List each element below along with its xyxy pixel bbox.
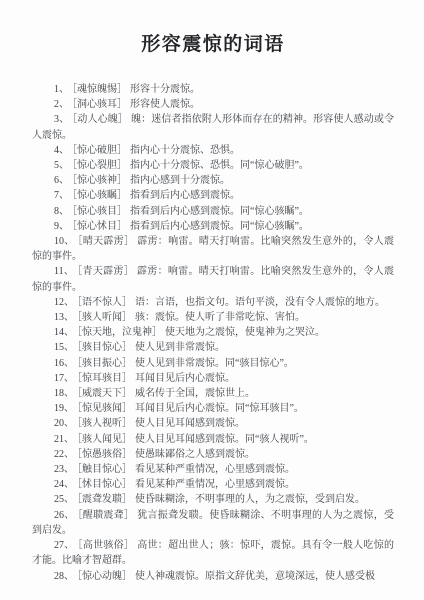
entry-definition: 看见某种严重情况，心里感到震惊。: [135, 479, 295, 490]
entry-number-separator: 、: [59, 84, 69, 95]
entry-term-group: ［惊愚骇俗］: [77, 449, 132, 460]
list-item: 19、［惊见骇闻］耳闻目见后内心震惊。同“惊耳骇目”。: [32, 401, 394, 416]
entry-number-separator: 、: [59, 175, 69, 186]
entry-term-group: ［骇目惊心］: [77, 342, 132, 353]
entry-term-group: ［惊心骇瞩］: [72, 190, 127, 201]
entry-term-group: ［青天霹雳］: [77, 266, 134, 277]
bracket-close: ］: [122, 464, 132, 475]
entry-number-separator: 、: [59, 114, 69, 125]
entry-number-separator: 、: [64, 449, 74, 460]
entry-term-group: ［骇人视听］: [77, 418, 132, 429]
entry-definition: 指看到后内心感到震惊。同“惊心骇瞩”。: [130, 206, 309, 217]
entry-term-group: ［惊耳骇目］: [77, 373, 132, 384]
entry-term-group: ［怵目惊心］: [77, 479, 132, 490]
bracket-close: ］: [122, 388, 132, 399]
bracket-close: ］: [117, 206, 127, 217]
list-item: 7、［惊心骇瞩］指看到后内心感到震惊。: [32, 188, 394, 203]
entry-number-separator: 、: [64, 342, 74, 353]
list-item: 10、［晴天霹雳］霹雳：响雷。晴天打响雷。比喻突然发生意外的，令人震惊的事件。: [32, 234, 394, 264]
entry-number-separator: 、: [64, 418, 74, 429]
bracket-close: ］: [122, 403, 132, 414]
entry-number: 11: [54, 266, 64, 277]
bracket-close: ］: [122, 418, 132, 429]
entry-term: 惊心骇瞩: [77, 190, 117, 201]
list-item: 28、［惊心动魄］使人神魂震惊。原指文辞优美，意境深远，使人感受极: [32, 569, 394, 584]
entry-term-group: ［醒聩震聋］: [78, 510, 135, 521]
bracket-close: ］: [122, 449, 132, 460]
entry-term-group: ［惊心破胆］: [72, 145, 127, 156]
list-item: 16、［骇目振心］使人见到非常震惊。同“骇目惊心”。: [32, 356, 394, 371]
entry-term-group: ［晴天霹雳］: [78, 236, 135, 247]
entry-term: 震聋发聩: [82, 494, 122, 505]
entry-number: 20: [54, 418, 64, 429]
entry-term: 骇人视听: [82, 418, 122, 429]
bracket-close: ］: [152, 327, 162, 338]
bracket-close: ］: [122, 434, 132, 445]
entry-number-separator: 、: [59, 160, 69, 171]
entry-number-separator: 、: [64, 297, 74, 308]
entry-definition: 威名传于全国，震惊世上。: [135, 388, 255, 399]
entry-number-separator: 、: [64, 510, 75, 521]
bracket-close: ］: [117, 221, 127, 232]
entry-term: 语不惊人: [82, 297, 122, 308]
entry-definition: 指看到后内心感到震惊。: [130, 190, 240, 201]
entry-term-group: ［骇人听闻］: [77, 312, 132, 323]
list-item: 13、［骇人听闻］骇：震惊。使人听了非常吃惊、害怕。: [32, 310, 394, 325]
entry-definition: 使天地为之震惊，使鬼神为之哭泣。: [165, 327, 325, 338]
bracket-close: ］: [117, 160, 127, 171]
entry-term: 惊心骇神: [77, 175, 117, 186]
entry-term-group: ［骇人闻见］: [77, 434, 132, 445]
entry-number: 22: [54, 449, 64, 460]
bracket-close: ］: [122, 358, 132, 369]
bracket-close: ］: [117, 84, 127, 95]
entry-number-separator: 、: [64, 464, 74, 475]
bracket-close: ］: [122, 571, 132, 582]
entry-term-group: ［语不惊人］: [77, 297, 132, 308]
entry-term: 洞心骇耳: [77, 99, 117, 110]
entry-term: 惊心怵目: [77, 221, 117, 232]
list-item: 3、［动人心魄］魄：迷信者指依附人形体而存在的精神。形容使人感动或令人震惊。: [32, 112, 394, 142]
bracket-close: ］: [118, 114, 128, 125]
entry-definition: 指内心十分震惊、恐惧。: [130, 145, 240, 156]
entry-definition: 语：言语，也指文句。语句平淡，没有令人震惊的地方。: [135, 297, 385, 308]
entry-definition: 耳闻目见后内心震惊。同“惊耳骇目”。: [135, 403, 304, 414]
entry-term-group: ［惊心骇神］: [72, 175, 127, 186]
entry-term: 惊心骇目: [77, 206, 117, 217]
entry-definition: 使人目见耳闻感到震惊。: [135, 418, 245, 429]
bracket-close: ］: [124, 540, 134, 551]
list-item: 18、［威震天下］威名传于全国，震惊世上。: [32, 386, 394, 401]
entry-definition: 使人见到非常震惊。同“骇目惊心”。: [135, 358, 294, 369]
entry-term: 骇目惊心: [82, 342, 122, 353]
list-item: 2、［洞心骇耳］形容使人震惊。: [32, 97, 394, 112]
entry-definition: 使人神魂震惊。原指文辞优美，意境深远，使人感受极: [135, 571, 375, 582]
entry-number-separator: 、: [64, 540, 75, 551]
entry-number-separator: 、: [64, 479, 74, 490]
bracket-close: ］: [122, 342, 132, 353]
list-item: 20、［骇人视听］使人目见耳闻感到震惊。: [32, 416, 394, 431]
entry-number: 17: [54, 373, 64, 384]
entry-number: 10: [54, 236, 64, 247]
bracket-close: ］: [117, 145, 127, 156]
entry-term: 醒聩震聋: [83, 510, 124, 521]
list-item: 14、［惊天地，泣鬼神］使天地为之震惊，使鬼神为之哭泣。: [32, 325, 394, 340]
entry-number: 18: [54, 388, 64, 399]
bracket-close: ］: [122, 297, 132, 308]
entry-term-group: ［洞心骇耳］: [72, 99, 127, 110]
entry-term: 高世骇俗: [83, 540, 124, 551]
entry-number-separator: 、: [64, 236, 75, 247]
entry-definition: 指看到后内心感到震惊。同“惊心骇瞩”。: [130, 221, 309, 232]
entry-term: 惊天地，泣鬼神: [82, 327, 152, 338]
entry-number: 14: [54, 327, 64, 338]
entry-term-group: ［惊天地，泣鬼神］: [77, 327, 162, 338]
entry-number-separator: 、: [59, 99, 69, 110]
entry-term-group: ［魂惊魄惕］: [72, 84, 127, 95]
entry-term: 惊见骇闻: [82, 403, 122, 414]
entry-term: 骇人听闻: [82, 312, 122, 323]
entry-number-separator: 、: [64, 327, 74, 338]
list-item: 9、［惊心怵目］指看到后内心感到震惊。同“惊心骇瞩”。: [32, 219, 394, 234]
entry-definition: 看见某种严重情况，心里感到震惊。: [135, 464, 295, 475]
entry-term: 青天霹雳: [83, 266, 124, 277]
entry-number-separator: 、: [59, 145, 69, 156]
bracket-close: ］: [122, 312, 132, 323]
entry-term-group: ［骇目振心］: [77, 358, 132, 369]
entry-list: 1、［魂惊魄惕］形容十分震惊。 2、［洞心骇耳］形容使人震惊。 3、［动人心魄］…: [32, 82, 394, 584]
entry-number: 13: [54, 312, 64, 323]
entry-number: 25: [54, 494, 64, 505]
list-item: 22、［惊愚骇俗］使愚昧鄙俗之人感到震惊。: [32, 447, 394, 462]
entry-term: 惊愚骇俗: [82, 449, 122, 460]
entry-number-separator: 、: [64, 373, 74, 384]
bracket-close: ］: [117, 99, 127, 110]
entry-term-group: ［惊心怵目］: [72, 221, 127, 232]
entry-definition: 使昏昧糊涂，不明事理的人，为之震惊，受到启发。: [135, 494, 365, 505]
entry-definition: 使人见到非常震惊。: [135, 342, 225, 353]
entry-term-group: ［震聋发聩］: [77, 494, 132, 505]
entry-number-separator: 、: [59, 221, 69, 232]
entry-number-separator: 、: [64, 266, 75, 277]
entry-term: 骇人闻见: [82, 434, 122, 445]
entry-term-group: ［惊心动魄］: [77, 571, 132, 582]
bracket-close: ］: [122, 479, 132, 490]
list-item: 27、［高世骇俗］高世：超出世人；骇：惊吓，震惊。具有令一般人吃惊的才能。比喻才…: [32, 538, 394, 568]
bracket-close: ］: [117, 175, 127, 186]
entry-term: 惊心动魄: [82, 571, 122, 582]
entry-number: 28: [54, 571, 64, 582]
list-item: 23、［触目惊心］看见某种严重情况，心里感到震惊。: [32, 462, 394, 477]
entry-term-group: ［惊心骇目］: [72, 206, 127, 217]
entry-number-separator: 、: [64, 403, 74, 414]
bracket-close: ］: [117, 190, 127, 201]
entry-number: 15: [54, 342, 64, 353]
entry-definition: 形容使人震惊。: [130, 99, 200, 110]
entry-number-separator: 、: [64, 358, 74, 369]
list-item: 1、［魂惊魄惕］形容十分震惊。: [32, 82, 394, 97]
entry-number-separator: 、: [64, 312, 74, 323]
entry-number: 21: [54, 434, 64, 445]
entry-term: 魂惊魄惕: [77, 84, 117, 95]
entry-term: 惊心破胆: [77, 145, 117, 156]
entry-number: 12: [54, 297, 64, 308]
list-item: 26、［醒聩震聋］犹言振聋发聩。使昏昧糊涂、不明事理的人为之震惊，受到启发。: [32, 508, 394, 538]
entry-number: 26: [54, 510, 64, 521]
list-item: 21、［骇人闻见］使人目见耳闻感到震惊。同“骇人视听”。: [32, 432, 394, 447]
entry-term: 动人心魄: [77, 114, 118, 125]
list-item: 8、［惊心骇目］指看到后内心感到震惊。同“惊心骇瞩”。: [32, 204, 394, 219]
entry-term: 晴天霹雳: [83, 236, 124, 247]
entry-term-group: ［高世骇俗］: [78, 540, 135, 551]
list-item: 5、［惊心裂胆］指内心十分震惊、恐惧。同“惊心破胆”。: [32, 158, 394, 173]
entry-term: 惊心裂胆: [77, 160, 117, 171]
entry-number-separator: 、: [59, 190, 69, 201]
entry-number: 16: [54, 358, 64, 369]
entry-number-separator: 、: [64, 434, 74, 445]
entry-number: 27: [54, 540, 64, 551]
entry-definition: 使愚昧鄙俗之人感到震惊。: [135, 449, 255, 460]
entry-number: 19: [54, 403, 64, 414]
list-item: 6、［惊心骇神］指内心感到十分震惊。: [32, 173, 394, 188]
entry-number-separator: 、: [64, 388, 74, 399]
list-item: 11、［青天霹雳］霹雳：响雷。晴天打响雷。比喻突然发生意外的，令人震惊的事件。: [32, 264, 394, 294]
bracket-close: ］: [122, 373, 132, 384]
entry-definition: 耳闻目见后内心震惊。: [135, 373, 235, 384]
entry-number: 23: [54, 464, 64, 475]
entry-number-separator: 、: [59, 206, 69, 217]
bracket-close: ］: [124, 236, 134, 247]
entry-definition: 指内心感到十分震惊。: [130, 175, 230, 186]
entry-definition: 形容十分震惊。: [130, 84, 200, 95]
page-title: 形容震惊的词语: [32, 34, 394, 56]
list-item: 17、［惊耳骇目］耳闻目见后内心震惊。: [32, 371, 394, 386]
entry-number-separator: 、: [64, 494, 74, 505]
list-item: 25、［震聋发聩］使昏昧糊涂，不明事理的人，为之震惊，受到启发。: [32, 492, 394, 507]
document-page: 形容震惊的词语 1、［魂惊魄惕］形容十分震惊。 2、［洞心骇耳］形容使人震惊。 …: [0, 0, 424, 600]
bracket-close: ］: [122, 494, 132, 505]
list-item: 4、［惊心破胆］指内心十分震惊、恐惧。: [32, 143, 394, 158]
entry-number: 24: [54, 479, 64, 490]
entry-term: 触目惊心: [82, 464, 122, 475]
entry-term-group: ［惊心裂胆］: [72, 160, 127, 171]
entry-term-group: ［触目惊心］: [77, 464, 132, 475]
list-item: 12、［语不惊人］语：言语，也指文句。语句平淡，没有令人震惊的地方。: [32, 295, 394, 310]
list-item: 15、［骇目惊心］使人见到非常震惊。: [32, 340, 394, 355]
bracket-close: ］: [124, 510, 134, 521]
entry-definition: 骇：震惊。使人听了非常吃惊、害怕。: [135, 312, 305, 323]
entry-term-group: ［动人心魄］: [72, 114, 128, 125]
entry-term-group: ［惊见骇闻］: [77, 403, 132, 414]
entry-definition: 指内心十分震惊、恐惧。同“惊心破胆”。: [130, 160, 309, 171]
entry-term: 怵目惊心: [82, 479, 122, 490]
bracket-close: ］: [124, 266, 134, 277]
entry-term: 威震天下: [82, 388, 122, 399]
entry-definition: 使人目见耳闻感到震惊。同“骇人视听”。: [135, 434, 314, 445]
entry-term-group: ［威震天下］: [77, 388, 132, 399]
list-item: 24、［怵目惊心］看见某种严重情况，心里感到震惊。: [32, 477, 394, 492]
entry-number-separator: 、: [64, 571, 74, 582]
entry-term: 骇目振心: [82, 358, 122, 369]
entry-term: 惊耳骇目: [82, 373, 122, 384]
